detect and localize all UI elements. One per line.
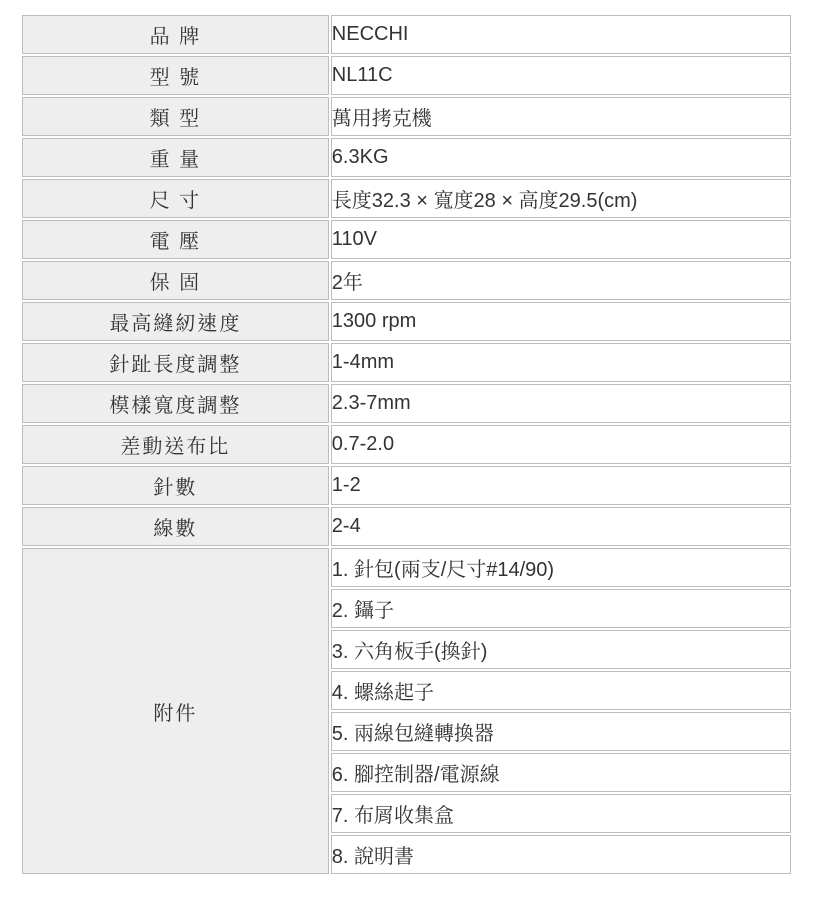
spec-value-max-speed: 1300 rpm	[331, 302, 791, 341]
accessory-item-6: 6. 腳控制器/電源線	[331, 753, 791, 792]
spec-row-max-speed: 最高縫紉速度 1300 rpm	[22, 302, 791, 341]
spec-label-model: 型 號	[22, 56, 329, 95]
spec-table-body: 品 牌 NECCHI 型 號 NL11C 類 型 萬用拷克機 重 量 6.3KG…	[22, 15, 791, 874]
accessory-item-2: 2. 鑷子	[331, 589, 791, 628]
spec-value-model: NL11C	[331, 56, 791, 95]
spec-table: 品 牌 NECCHI 型 號 NL11C 類 型 萬用拷克機 重 量 6.3KG…	[20, 13, 793, 876]
accessory-item-8: 8. 說明書	[331, 835, 791, 874]
accessory-item-5: 5. 兩線包縫轉換器	[331, 712, 791, 751]
spec-row-voltage: 電 壓 110V	[22, 220, 791, 259]
accessory-item-7: 7. 布屑收集盒	[331, 794, 791, 833]
spec-row-warranty: 保 固 2年	[22, 261, 791, 300]
spec-label-brand: 品 牌	[22, 15, 329, 54]
spec-label-type: 類 型	[22, 97, 329, 136]
spec-row-stitch-length: 針趾長度調整 1-4mm	[22, 343, 791, 382]
accessory-item-3: 3. 六角板手(換針)	[331, 630, 791, 669]
accessory-item-1: 1. 針包(兩支/尺寸#14/90)	[331, 548, 791, 587]
spec-label-stitch-width: 模樣寬度調整	[22, 384, 329, 423]
spec-value-weight: 6.3KG	[331, 138, 791, 177]
spec-value-type: 萬用拷克機	[331, 97, 791, 136]
spec-label-max-speed: 最高縫紉速度	[22, 302, 329, 341]
spec-row-stitch-width: 模樣寬度調整 2.3-7mm	[22, 384, 791, 423]
spec-value-stitch-width: 2.3-7mm	[331, 384, 791, 423]
spec-value-warranty: 2年	[331, 261, 791, 300]
spec-value-voltage: 110V	[331, 220, 791, 259]
spec-label-needles: 針數	[22, 466, 329, 505]
spec-row-brand: 品 牌 NECCHI	[22, 15, 791, 54]
spec-label-warranty: 保 固	[22, 261, 329, 300]
spec-value-threads: 2-4	[331, 507, 791, 546]
spec-value-dimensions: 長度32.3 × 寬度28 × 高度29.5(cm)	[331, 179, 791, 218]
spec-row-model: 型 號 NL11C	[22, 56, 791, 95]
spec-label-dimensions: 尺 寸	[22, 179, 329, 218]
accessories-label-cell: 附件	[22, 548, 329, 874]
spec-row-threads: 線數 2-4	[22, 507, 791, 546]
spec-value-brand: NECCHI	[331, 15, 791, 54]
spec-label-weight: 重 量	[22, 138, 329, 177]
accessory-item-4: 4. 螺絲起子	[331, 671, 791, 710]
spec-page: 品 牌 NECCHI 型 號 NL11C 類 型 萬用拷克機 重 量 6.3KG…	[0, 0, 819, 897]
spec-label-threads: 線數	[22, 507, 329, 546]
spec-value-needles: 1-2	[331, 466, 791, 505]
spec-row-needles: 針數 1-2	[22, 466, 791, 505]
spec-row-type: 類 型 萬用拷克機	[22, 97, 791, 136]
spec-label-voltage: 電 壓	[22, 220, 329, 259]
spec-row-weight: 重 量 6.3KG	[22, 138, 791, 177]
spec-label-differential-feed: 差動送布比	[22, 425, 329, 464]
spec-value-differential-feed: 0.7-2.0	[331, 425, 791, 464]
spec-label-stitch-length: 針趾長度調整	[22, 343, 329, 382]
spec-row-dimensions: 尺 寸 長度32.3 × 寬度28 × 高度29.5(cm)	[22, 179, 791, 218]
spec-value-stitch-length: 1-4mm	[331, 343, 791, 382]
spec-row-differential-feed: 差動送布比 0.7-2.0	[22, 425, 791, 464]
accessory-row: 附件 1. 針包(兩支/尺寸#14/90)	[22, 548, 791, 587]
